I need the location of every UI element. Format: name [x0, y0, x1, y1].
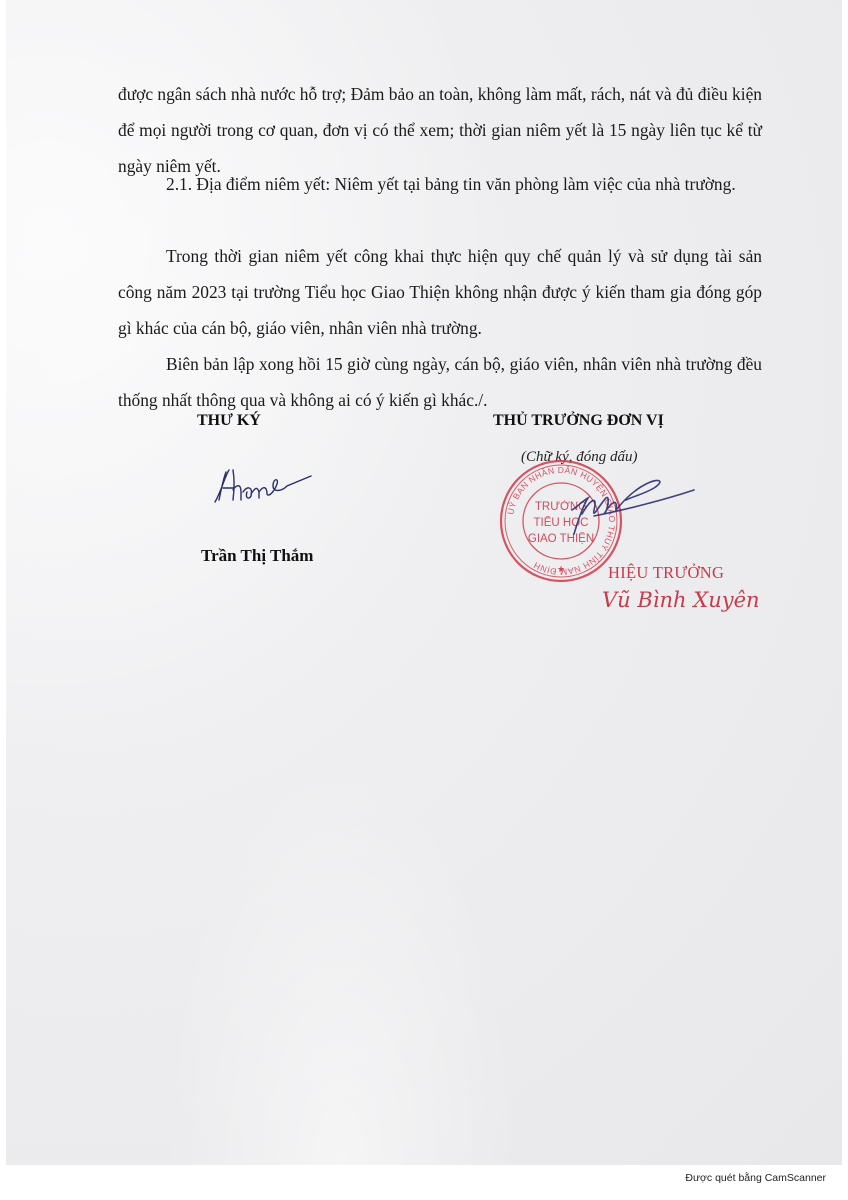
scanned-page: được ngân sách nhà nước hỗ trợ; Đảm bảo … [6, 0, 842, 1165]
paragraph-closing: Biên bản lập xong hồi 15 giờ cùng ngày, … [118, 346, 762, 418]
principal-signature-icon [554, 470, 704, 540]
paragraph-no-feedback: Trong thời gian niêm yết công khai thực … [118, 238, 762, 346]
svg-text:★: ★ [557, 564, 565, 574]
secretary-heading: THƯ KÝ [197, 412, 261, 430]
scanner-credit: Được quét bằng CamScanner [685, 1172, 826, 1184]
secretary-signature-icon [211, 462, 321, 512]
secretary-name: Trần Thị Thắm [201, 546, 313, 566]
principal-title: HIỆU TRƯỞNG [608, 563, 724, 583]
paragraph-posting-location: 2.1. Địa điểm niêm yết: Niêm yết tại bản… [118, 166, 762, 202]
head-of-unit-heading: THỦ TRƯỞNG ĐƠN VỊ [493, 412, 664, 430]
principal-name: Vũ Bình Xuyên [602, 588, 760, 612]
